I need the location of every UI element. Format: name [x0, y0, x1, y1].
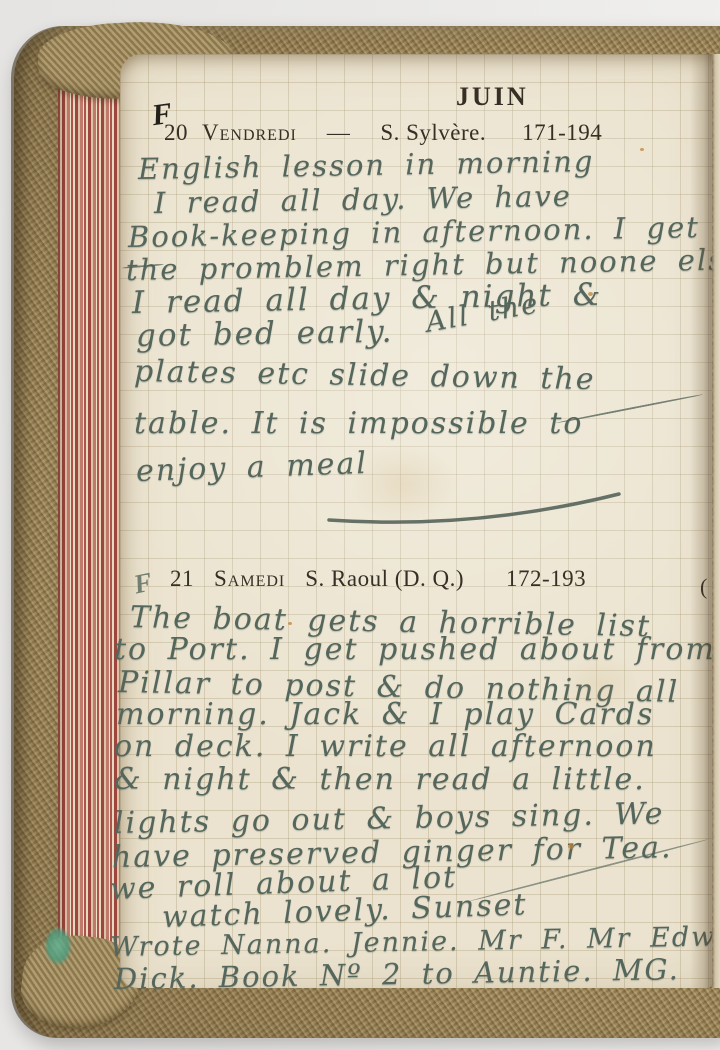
- entry1-printed-header: 20 Vendredi — S. Sylvère. 171-194: [164, 120, 602, 146]
- handwriting-line: morning. Jack & I play Cards: [116, 697, 654, 732]
- facing-page-text-fragment: (: [700, 574, 707, 600]
- entry2-day-name: Samedi: [214, 566, 285, 592]
- pencil-marker-f-entry2: F: [131, 566, 155, 600]
- entry1-page-range: 171-194: [522, 120, 602, 146]
- entry2-printed-header: 21 Samedi S. Raoul (D. Q.) 172-193: [170, 566, 586, 592]
- entry2-day-number: 21: [170, 566, 194, 592]
- entry1-separator: —: [327, 120, 351, 146]
- handwriting-line: enjoy a meal: [135, 446, 368, 489]
- foxing-speck: [588, 292, 593, 296]
- handwriting-line: to Port. I get pushed about from: [114, 632, 716, 667]
- entry1-saint-name: S. Sylvère.: [380, 120, 486, 146]
- foxing-speck: [568, 844, 574, 849]
- entry1-day-number: 20: [164, 120, 188, 146]
- handwriting-line: got bed early.: [136, 314, 394, 354]
- entry1-day-name: Vendredi: [202, 120, 297, 146]
- handwriting-line: on deck. I write all afternoon: [114, 729, 657, 764]
- entry2-page-range: 172-193: [506, 566, 586, 592]
- entry2-saint-name: S. Raoul (D. Q.): [305, 566, 464, 592]
- diary-photograph: JUIN F 20 Vendredi — S. Sylvère. 171-194…: [0, 0, 720, 1050]
- handwriting-line: plates etc slide down the: [134, 354, 596, 397]
- foxing-speck: [288, 622, 292, 625]
- handwriting-line: table. It is impossible to: [134, 406, 583, 441]
- handwriting-line: & night & then read a little.: [114, 762, 646, 797]
- green-paint-mark: [44, 926, 72, 966]
- page-content: JUIN F 20 Vendredi — S. Sylvère. 171-194…: [120, 54, 712, 988]
- underline-flourish: [325, 486, 625, 530]
- month-title: JUIN: [456, 82, 529, 112]
- foxing-speck: [640, 148, 644, 151]
